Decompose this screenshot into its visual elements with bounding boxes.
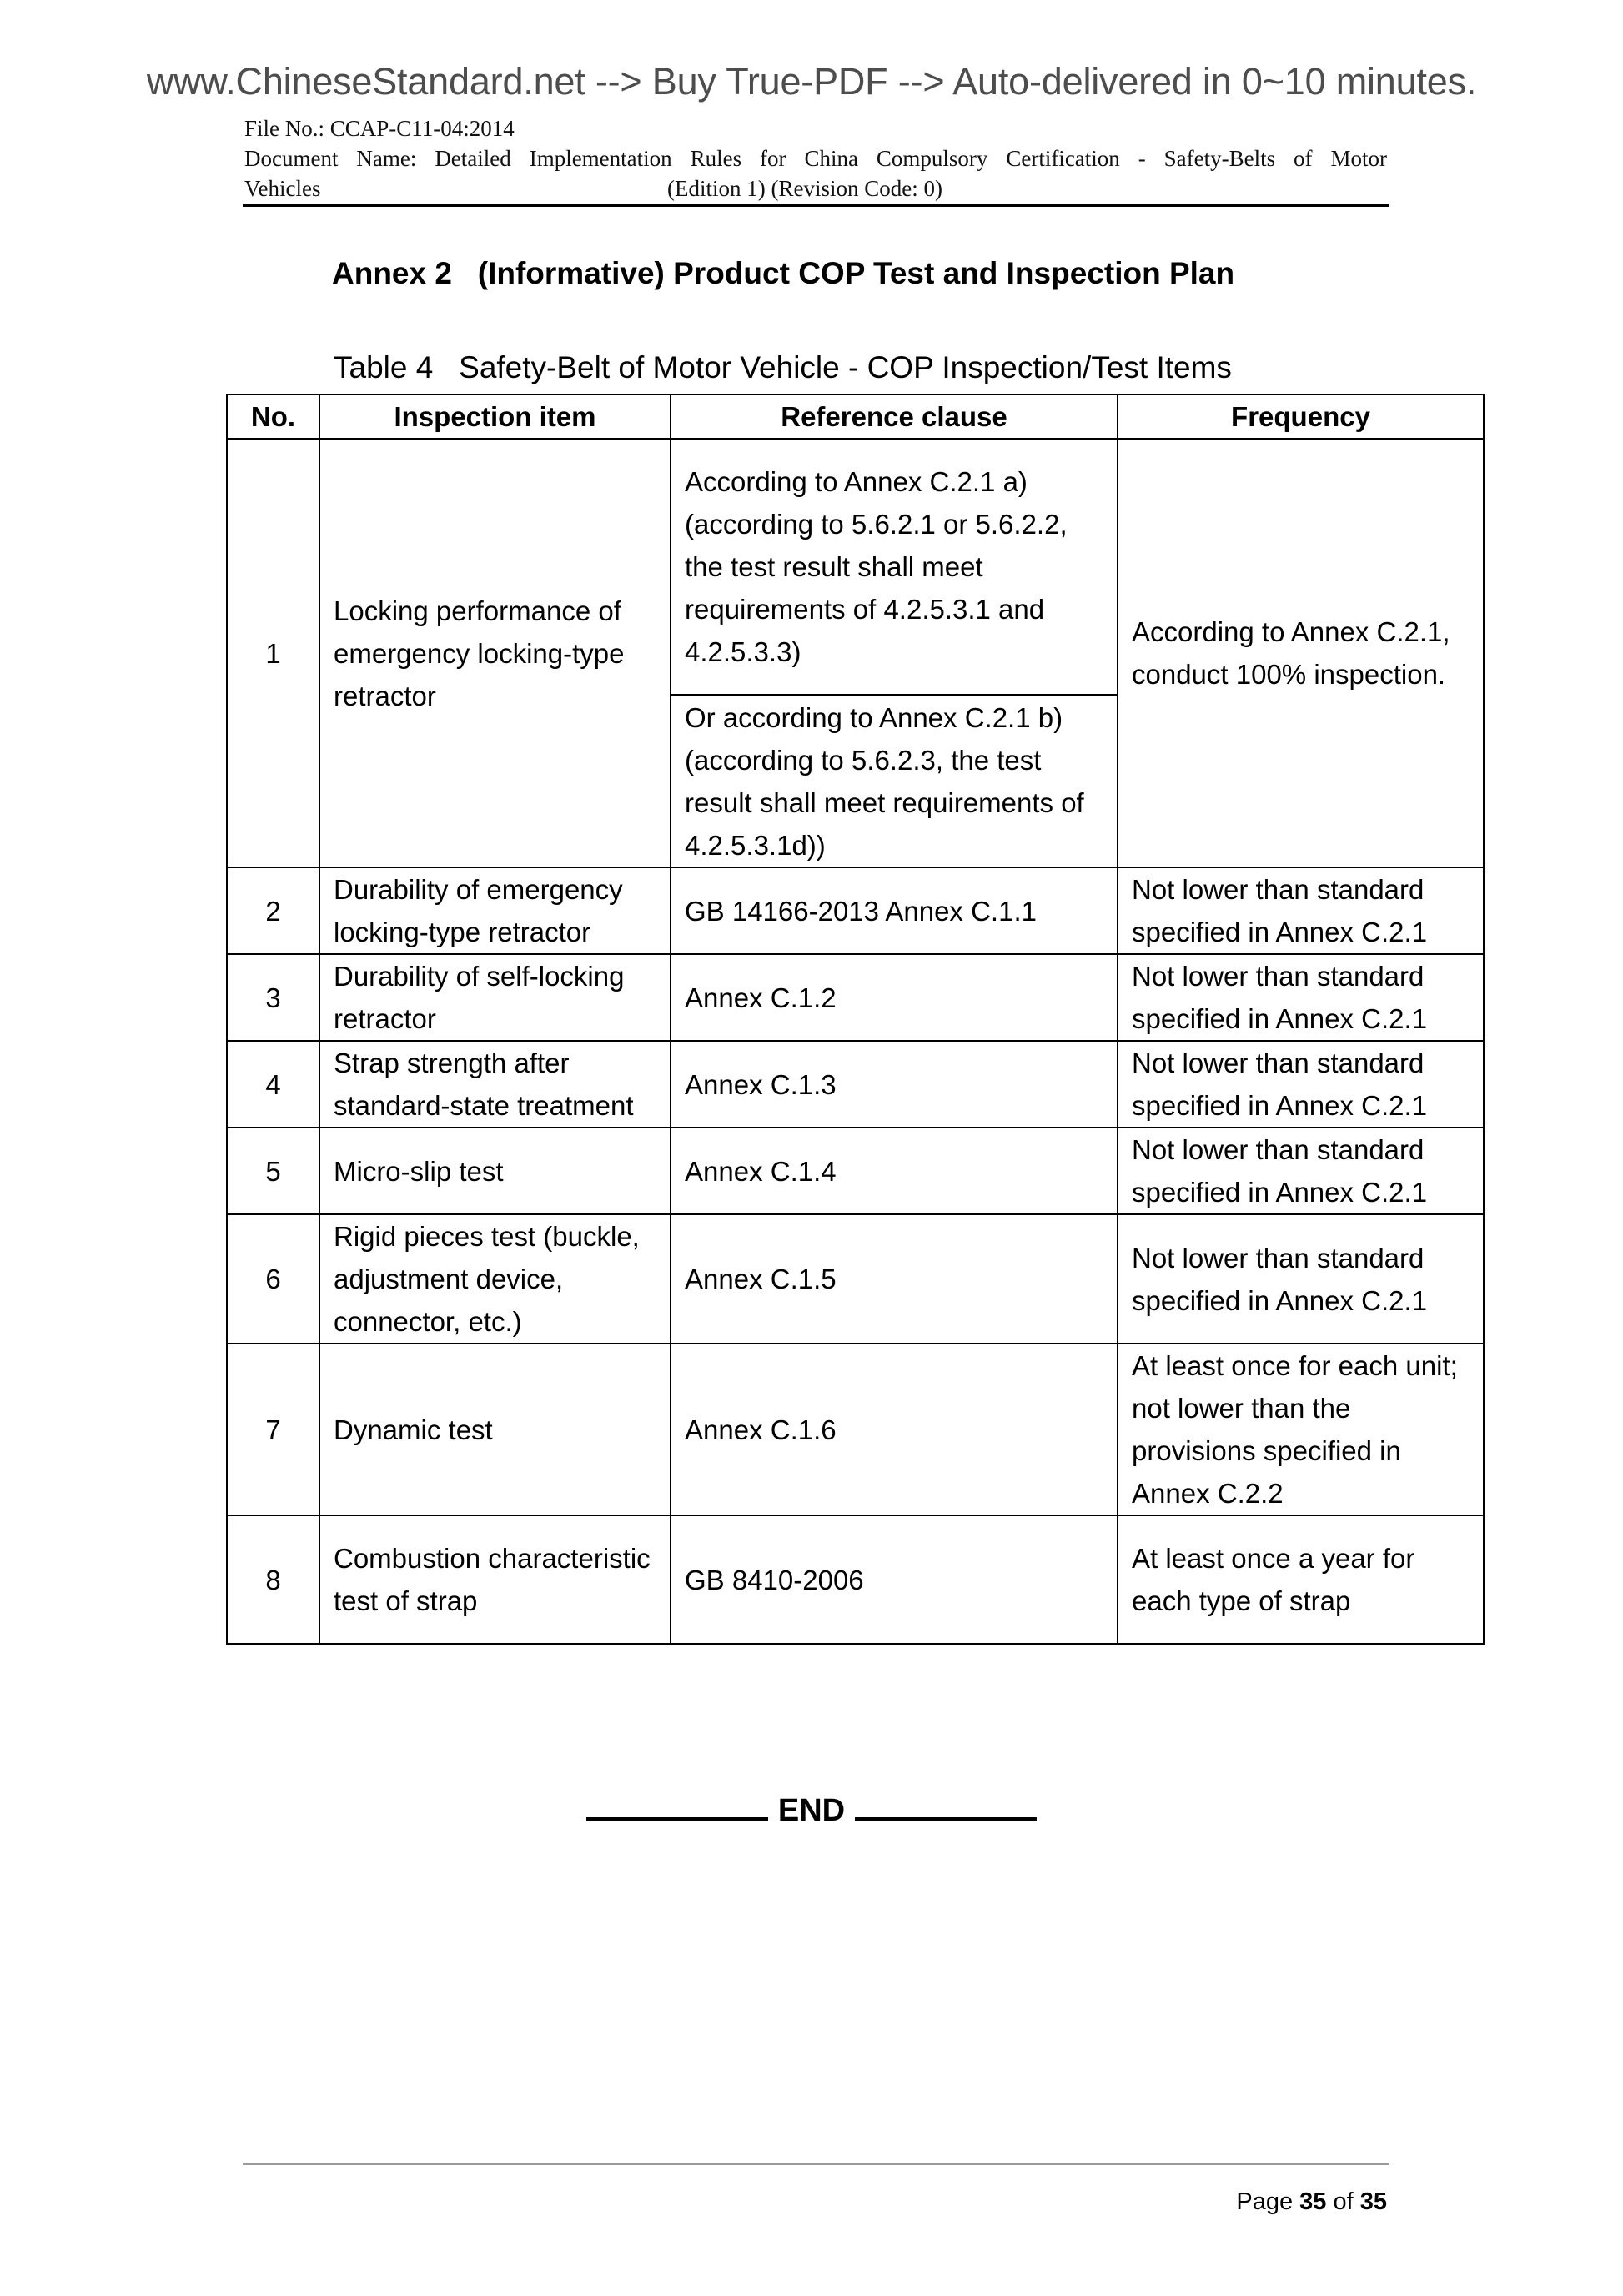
cell-no: 4 (227, 1041, 319, 1128)
cell-reference: Annex C.1.5 (671, 1214, 1118, 1344)
cell-item: Dynamic test (319, 1344, 671, 1515)
cell-reference: Annex C.1.6 (671, 1344, 1118, 1515)
cop-inspection-table: No. Inspection item Reference clause Fre… (226, 394, 1485, 1645)
header-frequency: Frequency (1118, 394, 1484, 439)
end-label: END (778, 1793, 845, 1828)
cell-item: Strap strength after standard-state trea… (319, 1041, 671, 1128)
cell-frequency: Not lower than standard specified in Ann… (1118, 1128, 1484, 1214)
cell-item: Rigid pieces test (buckle, adjustment de… (319, 1214, 671, 1344)
table-row: 4 Strap strength after standard-state tr… (227, 1041, 1484, 1128)
table-row: 6 Rigid pieces test (buckle, adjustment … (227, 1214, 1484, 1344)
table-row: 1 Locking performance of emergency locki… (227, 439, 1484, 696)
document-name: Document Name: Detailed Implementation R… (244, 143, 1387, 173)
cell-no: 1 (227, 439, 319, 867)
page-sep: of (1333, 2188, 1353, 2215)
cell-item: Locking performance of emergency locking… (319, 439, 671, 867)
page-current: 35 (1299, 2188, 1326, 2215)
table-header-row: No. Inspection item Reference clause Fre… (227, 394, 1484, 439)
cell-reference: Annex C.1.4 (671, 1128, 1118, 1214)
page-number: Page 35 of 35 (1236, 2188, 1387, 2216)
cell-item: Combustion characteristic test of strap (319, 1515, 671, 1644)
cell-reference: Annex C.1.3 (671, 1041, 1118, 1128)
cell-no: 6 (227, 1214, 319, 1344)
watermark-banner: www.ChineseStandard.net --> Buy True-PDF… (0, 60, 1623, 103)
footer-rule (243, 2163, 1389, 2165)
header-reference-clause: Reference clause (671, 394, 1118, 439)
table-row: 7 Dynamic test Annex C.1.6 At least once… (227, 1344, 1484, 1515)
cell-no: 8 (227, 1515, 319, 1644)
cell-frequency: Not lower than standard specified in Ann… (1118, 954, 1484, 1041)
end-rule-left (586, 1817, 768, 1821)
cell-frequency: Not lower than standard specified in Ann… (1118, 1041, 1484, 1128)
document-name-continued: Vehicles (Edition 1) (Revision Code: 0) (244, 173, 1387, 203)
cell-frequency: Not lower than standard specified in Ann… (1118, 867, 1484, 954)
cell-reference: Annex C.1.2 (671, 954, 1118, 1041)
table-row: 2 Durability of emergency locking-type r… (227, 867, 1484, 954)
cell-reference-a: According to Annex C.2.1 a) (according t… (671, 439, 1118, 696)
cell-frequency: Not lower than standard specified in Ann… (1118, 1214, 1484, 1344)
document-name-line2: Vehicles (244, 176, 320, 201)
table-row: 5 Micro-slip test Annex C.1.4 Not lower … (227, 1128, 1484, 1214)
table-row: 3 Durability of self-locking retractor A… (227, 954, 1484, 1041)
cell-no: 5 (227, 1128, 319, 1214)
table-row: 8 Combustion characteristic test of stra… (227, 1515, 1484, 1644)
cell-reference-b: Or according to Annex C.2.1 b) (accordin… (671, 696, 1118, 868)
cell-item: Durability of emergency locking-type ret… (319, 867, 671, 954)
cell-frequency: At least once a year for each type of st… (1118, 1515, 1484, 1644)
cell-frequency: According to Annex C.2.1, conduct 100% i… (1118, 439, 1484, 867)
cell-item: Durability of self-locking retractor (319, 954, 671, 1041)
cell-item: Micro-slip test (319, 1128, 671, 1214)
page-total: 35 (1360, 2188, 1387, 2215)
end-marker: END (0, 1793, 1623, 1829)
end-rule-right (855, 1817, 1037, 1821)
cell-no: 2 (227, 867, 319, 954)
cell-no: 7 (227, 1344, 319, 1515)
cell-reference: GB 8410-2006 (671, 1515, 1118, 1644)
header-inspection-item: Inspection item (319, 394, 671, 439)
cell-frequency: At least once for each unit; not lower t… (1118, 1344, 1484, 1515)
file-number: File No.: CCAP-C11-04:2014 (244, 113, 1387, 143)
page-prefix: Page (1236, 2188, 1293, 2215)
cell-no: 3 (227, 954, 319, 1041)
annex-title: Annex 2 (Informative) Product COP Test a… (332, 256, 1234, 291)
header-no: No. (227, 394, 319, 439)
table-caption: Table 4 Safety-Belt of Motor Vehicle - C… (334, 350, 1232, 385)
cell-reference: GB 14166-2013 Annex C.1.1 (671, 867, 1118, 954)
edition-info: (Edition 1) (Revision Code: 0) (667, 173, 942, 203)
header-rule (243, 204, 1389, 207)
